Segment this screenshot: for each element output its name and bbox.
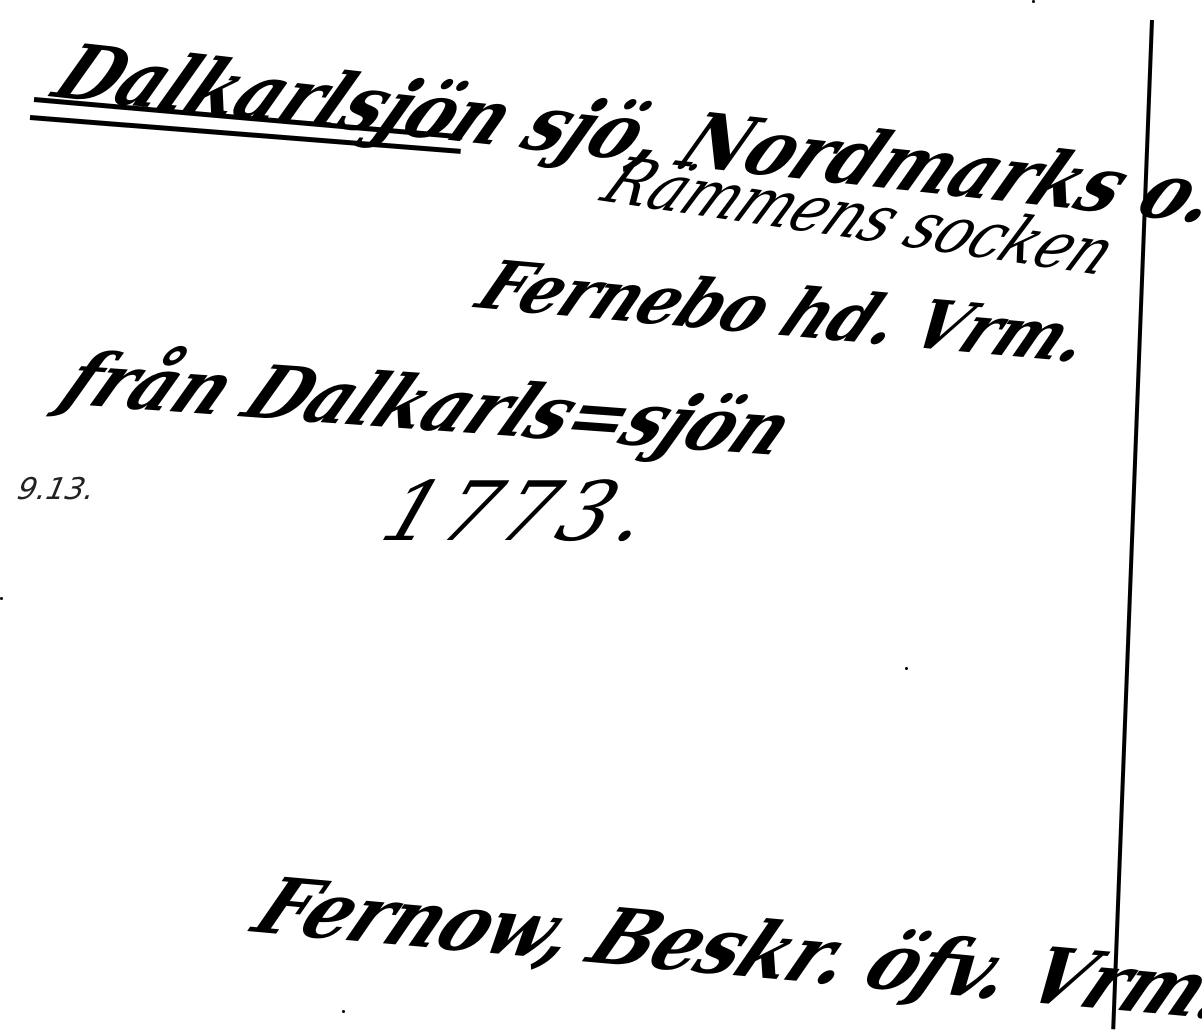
ink-speck xyxy=(342,1010,345,1013)
index-card: Dalkarlsjön sjö, Nordmarks o. Rämmens so… xyxy=(0,0,1202,1036)
ink-speck xyxy=(905,667,908,670)
headword: Dalkarlsjön xyxy=(40,28,528,162)
ink-speck xyxy=(0,597,3,600)
origin-line: från Dalkarls=sjön xyxy=(48,335,808,471)
source-signature: Fernow, Beskr. öfv. Vrm. xyxy=(240,860,1202,1036)
ink-speck xyxy=(1032,0,1035,3)
catalog-number: 9.13. xyxy=(14,472,98,507)
year: 1773. xyxy=(370,465,669,560)
